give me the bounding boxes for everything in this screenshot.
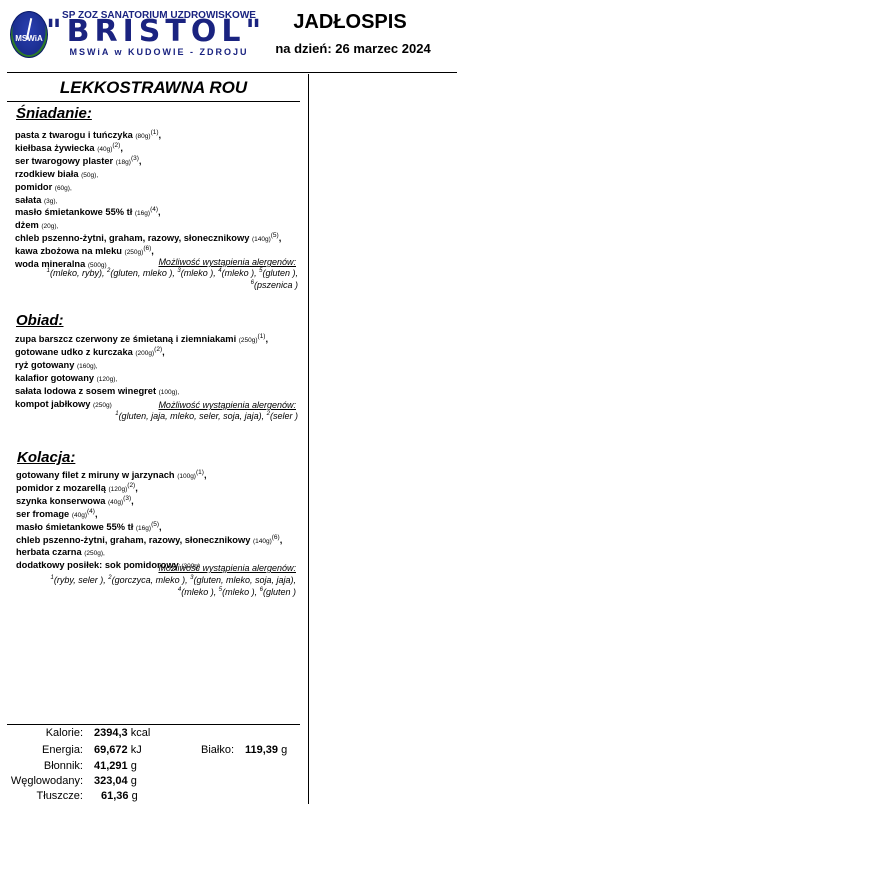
blonnik-value: 41,291 g <box>94 759 137 775</box>
weglowodany-value: 323,04 g <box>94 774 137 790</box>
menu-item-name: sałata lodowa z sosem winegret <box>15 386 159 396</box>
menu-item: chleb pszenno-żytni, graham, razowy, sło… <box>16 535 306 548</box>
menu-item: kalafior gotowany (120g), <box>15 373 305 386</box>
allergen-text: (ryby, seler ), <box>54 575 108 585</box>
divider-vertical <box>308 74 309 804</box>
allergen-ref: (3) <box>123 495 131 502</box>
mswia-emblem-icon: MSWiA <box>10 11 48 58</box>
meal-items-dinner: gotowany filet z miruny w jarzynach (100… <box>16 470 306 573</box>
diet-name: LEKKOSTRAWNA ROU <box>7 78 300 98</box>
menu-item-weight: (40g) <box>72 512 87 519</box>
allergen-text: (seler ) <box>270 411 298 421</box>
energia-value: 69,672 kJ <box>94 743 142 759</box>
allergen-text: (gluten, jaja, mleko, seler, soja, jaja)… <box>119 411 267 421</box>
blonnik-label: Błonnik: <box>0 759 83 775</box>
menu-item-weight: (120g) <box>108 486 127 493</box>
allergen-ref: (2) <box>154 346 162 353</box>
menu-item: ser fromage (40g)(4), <box>16 509 306 522</box>
menu-item-name: szynka konserwowa <box>16 496 108 506</box>
menu-item-weight: (160g), <box>77 363 98 370</box>
allergen-list-lunch: 1(gluten, jaja, mleko, seler, soja, jaja… <box>20 411 298 423</box>
meal-title-breakfast: Śniadanie: <box>16 105 92 122</box>
menu-item-name: masło śmietankowe 55% tł <box>16 522 136 532</box>
menu-item-weight: (250g) <box>125 249 144 256</box>
menu-item: kiełbasa żywiecka (40g)(2), <box>15 143 305 156</box>
menu-item-weight: (40g) <box>108 499 123 506</box>
menu-item-weight: (18g) <box>116 159 131 166</box>
menu-item-weight: (100g) <box>177 473 196 480</box>
menu-item: ryż gotowany (160g), <box>15 360 305 373</box>
menu-item-weight: (50g), <box>81 172 98 179</box>
menu-item-name: ser fromage <box>16 509 72 519</box>
allergen-text: (gluten ) <box>263 587 296 597</box>
tluszcze-value: 61,36 g <box>101 789 138 805</box>
menu-item: pomidor z mozarellą (120g)(2), <box>16 483 306 496</box>
menu-item: masło śmietankowe 55% tł (16g)(4), <box>15 207 305 220</box>
energia-number: 69,672 <box>94 744 128 756</box>
weglowodany-label: Węglowodany: <box>0 774 83 790</box>
menu-item-name: gotowane udko z kurczaka <box>15 347 135 357</box>
kalorie-number: 2394,3 <box>94 727 128 739</box>
nutrition-summary: Kalorie: 2394,3 kcal Energia: 69,672 kJ … <box>0 726 300 806</box>
allergen-text: (mleko, ryby), <box>50 268 107 278</box>
weglowodany-unit: g <box>131 775 137 787</box>
menu-item-name: pomidor z mozarellą <box>16 483 108 493</box>
menu-item-weight: (250g) <box>239 337 258 344</box>
meal-title-dinner: Kolacja: <box>17 449 75 466</box>
allergen-ref: (2) <box>112 142 120 149</box>
menu-item: masło śmietankowe 55% tł (16g)(5), <box>16 522 306 535</box>
divider-diet <box>7 101 300 102</box>
allergen-ref: (6) <box>143 245 151 252</box>
allergen-ref: (1) <box>151 129 159 136</box>
meal-items-breakfast: pasta z twarogu i tuńczyka (80g)(1),kieł… <box>15 130 305 272</box>
menu-item: herbata czarna (250g), <box>16 547 306 560</box>
allergen-ref: (5) <box>271 232 279 239</box>
menu-item: pasta z twarogu i tuńczyka (80g)(1), <box>15 130 305 143</box>
allergen-list-dinner: 1(ryby, seler ), 2(gorczyca, mleko ), 3(… <box>30 575 296 598</box>
blonnik-number: 41,291 <box>94 760 128 772</box>
menu-item: sałata lodowa z sosem winegret (100g), <box>15 386 305 399</box>
menu-item: gotowany filet z miruny w jarzynach (100… <box>16 470 306 483</box>
allergen-list-breakfast: 1(mleko, ryby), 2(gluten, mleko ), 3(mle… <box>20 268 298 291</box>
tluszcze-label: Tłuszcze: <box>0 789 83 805</box>
allergen-ref: (1) <box>196 469 204 476</box>
menu-item-name: ser twarogowy plaster <box>15 156 116 166</box>
menu-item-name: masło śmietankowe 55% tł <box>15 207 135 217</box>
tluszcze-unit: g <box>132 790 138 802</box>
logo-text: MSWiA <box>11 34 47 43</box>
org-line-3: MSWiA w KUDOWIE - ZDROJU <box>61 47 257 57</box>
menu-item-name: rzodkiew biała <box>15 169 81 179</box>
allergen-ref: (2) <box>127 482 135 489</box>
allergen-text: (pszenica ) <box>254 280 298 290</box>
menu-item-weight: (200g) <box>135 350 154 357</box>
allergen-heading-breakfast: Możliwość wystąpienia alergenów: <box>10 257 296 267</box>
menu-item-name: pomidor <box>15 182 55 192</box>
allergen-text: (gluten, mleko ), <box>110 268 177 278</box>
menu-item-name: pasta z twarogu i tuńczyka <box>15 130 135 140</box>
allergen-ref: (1) <box>258 333 266 340</box>
menu-item-name: sałata <box>15 195 44 205</box>
menu-item-weight: (140g) <box>252 236 271 243</box>
energia-label: Energia: <box>0 743 83 759</box>
allergen-ref: (4) <box>150 206 158 213</box>
meal-title-lunch: Obiad: <box>16 312 64 329</box>
weglowodany-number: 323,04 <box>94 775 128 787</box>
menu-date: na dzień: 26 marzec 2024 <box>268 41 438 56</box>
allergen-text: (mleko ), <box>181 587 219 597</box>
menu-item: sałata (3g), <box>15 195 305 208</box>
menu-item: ser twarogowy plaster (18g)(3), <box>15 156 305 169</box>
menu-item-name: dżem <box>15 220 41 230</box>
kalorie-value: 2394,3 kcal <box>94 726 150 742</box>
menu-item-name: kiełbasa żywiecka <box>15 143 97 153</box>
allergen-text: (gluten ), <box>262 268 298 278</box>
menu-item-name: zupa barszcz czerwony ze śmietaną i ziem… <box>15 334 239 344</box>
divider-top <box>7 72 457 73</box>
allergen-ref: (5) <box>151 521 159 528</box>
page-title: JADŁOSPIS <box>270 11 430 34</box>
kalorie-label: Kalorie: <box>0 726 83 742</box>
allergen-text: (gluten, mleko, soja, jaja), <box>193 575 296 585</box>
divider-nutrition <box>7 724 300 725</box>
bialko-unit: g <box>281 744 287 756</box>
menu-item-weight: (16g) <box>135 210 150 217</box>
blonnik-unit: g <box>131 760 137 772</box>
allergen-heading-lunch: Możliwość wystąpienia alergenów: <box>10 400 296 410</box>
menu-item-weight: (100g), <box>159 389 180 396</box>
menu-item-name: herbata czarna <box>16 547 84 557</box>
allergen-text: (gorczyca, mleko ), <box>112 575 191 585</box>
bialko-value: 119,39 g <box>245 743 287 759</box>
menu-item-name: chleb pszenno-żytni, graham, razowy, sło… <box>16 535 253 545</box>
kalorie-unit: kcal <box>131 727 151 739</box>
allergen-text: (mleko ), <box>181 268 219 278</box>
allergen-ref: (3) <box>131 155 139 162</box>
allergen-ref: (4) <box>87 508 95 515</box>
menu-item-name: kalafior gotowany <box>15 373 97 383</box>
menu-item-name: ryż gotowany <box>15 360 77 370</box>
bialko-number: 119,39 <box>245 744 278 756</box>
org-name: "BRISTOL" <box>46 17 260 47</box>
allergen-text: (mleko ), <box>222 268 260 278</box>
tluszcze-number: 61,36 <box>101 790 129 802</box>
menu-item-weight: (40g) <box>97 146 112 153</box>
menu-item: dżem (20g), <box>15 220 305 233</box>
menu-item-weight: (250g), <box>84 550 105 557</box>
allergen-text: (mleko ), <box>222 587 260 597</box>
menu-item-weight: (120g), <box>97 376 118 383</box>
menu-item-name: kawa zbożowa na mleku <box>15 246 125 256</box>
menu-item: gotowane udko z kurczaka (200g)(2), <box>15 347 305 360</box>
menu-item-name: gotowany filet z miruny w jarzynach <box>16 470 177 480</box>
bialko-label: Białko: <box>201 743 234 759</box>
menu-item: rzodkiew biała (50g), <box>15 169 305 182</box>
menu-item-weight: (60g), <box>55 185 72 192</box>
menu-item: pomidor (60g), <box>15 182 305 195</box>
menu-item: chleb pszenno-żytni, graham, razowy, sło… <box>15 233 305 246</box>
energia-unit: kJ <box>131 744 142 756</box>
menu-item-weight: (20g), <box>41 223 58 230</box>
menu-item-weight: (140g) <box>253 538 272 545</box>
allergen-heading-dinner: Możliwość wystąpienia alergenów: <box>10 563 296 573</box>
menu-item-weight: (80g) <box>135 133 150 140</box>
menu-item-name: chleb pszenno-żytni, graham, razowy, sło… <box>15 233 252 243</box>
menu-item-weight: (3g), <box>44 198 57 205</box>
allergen-ref: (6) <box>272 533 280 540</box>
menu-item-weight: (16g) <box>136 525 151 532</box>
menu-item: szynka konserwowa (40g)(3), <box>16 496 306 509</box>
